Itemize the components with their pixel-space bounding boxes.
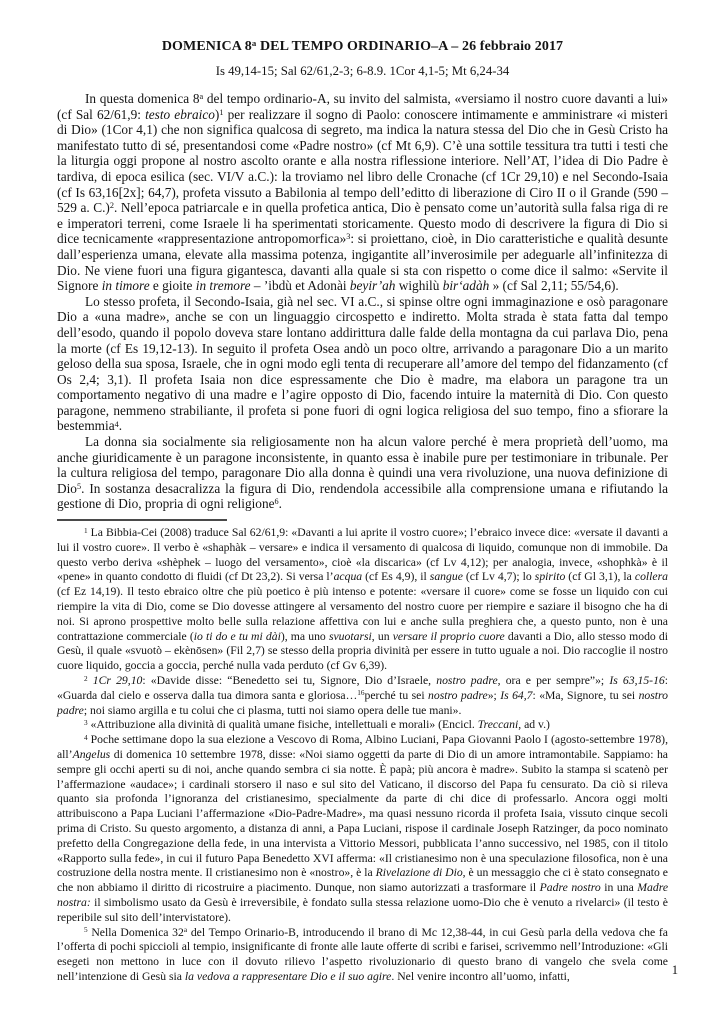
footnote: 2 1Cr 29,10: «Davide disse: “Benedetto s… [57, 674, 668, 718]
body-paragraph: Lo stesso profeta, il Secondo-Isaia, già… [57, 294, 668, 434]
footnote: 4 Poche settimane dopo la sua elezione a… [57, 733, 668, 925]
footnote-separator [57, 519, 227, 521]
footnote: 5 Nella Domenica 32a del Tempo Orinario-… [57, 926, 668, 985]
page-number: 1 [672, 963, 678, 978]
footnotes-section: 1 La Bibbia-Cei (2008) traduce Sal 62/61… [57, 526, 668, 985]
body-paragraph: La donna sia socialmente sia religiosame… [57, 434, 668, 512]
footnote: 3 «Attribuzione alla divinità di qualità… [57, 718, 668, 733]
scripture-references: Is 49,14-15; Sal 62/61,2-3; 6-8.9. 1Cor … [57, 64, 668, 79]
footnote: 1 La Bibbia-Cei (2008) traduce Sal 62/61… [57, 526, 668, 674]
document-body: In questa domenica 8a del tempo ordinari… [57, 91, 668, 512]
document-title: DOMENICA 8a DEL TEMPO ORDINARIO–A – 26 f… [57, 39, 668, 55]
body-paragraph: In questa domenica 8a del tempo ordinari… [57, 91, 668, 294]
document-page: DOMENICA 8a DEL TEMPO ORDINARIO–A – 26 f… [0, 0, 725, 1024]
